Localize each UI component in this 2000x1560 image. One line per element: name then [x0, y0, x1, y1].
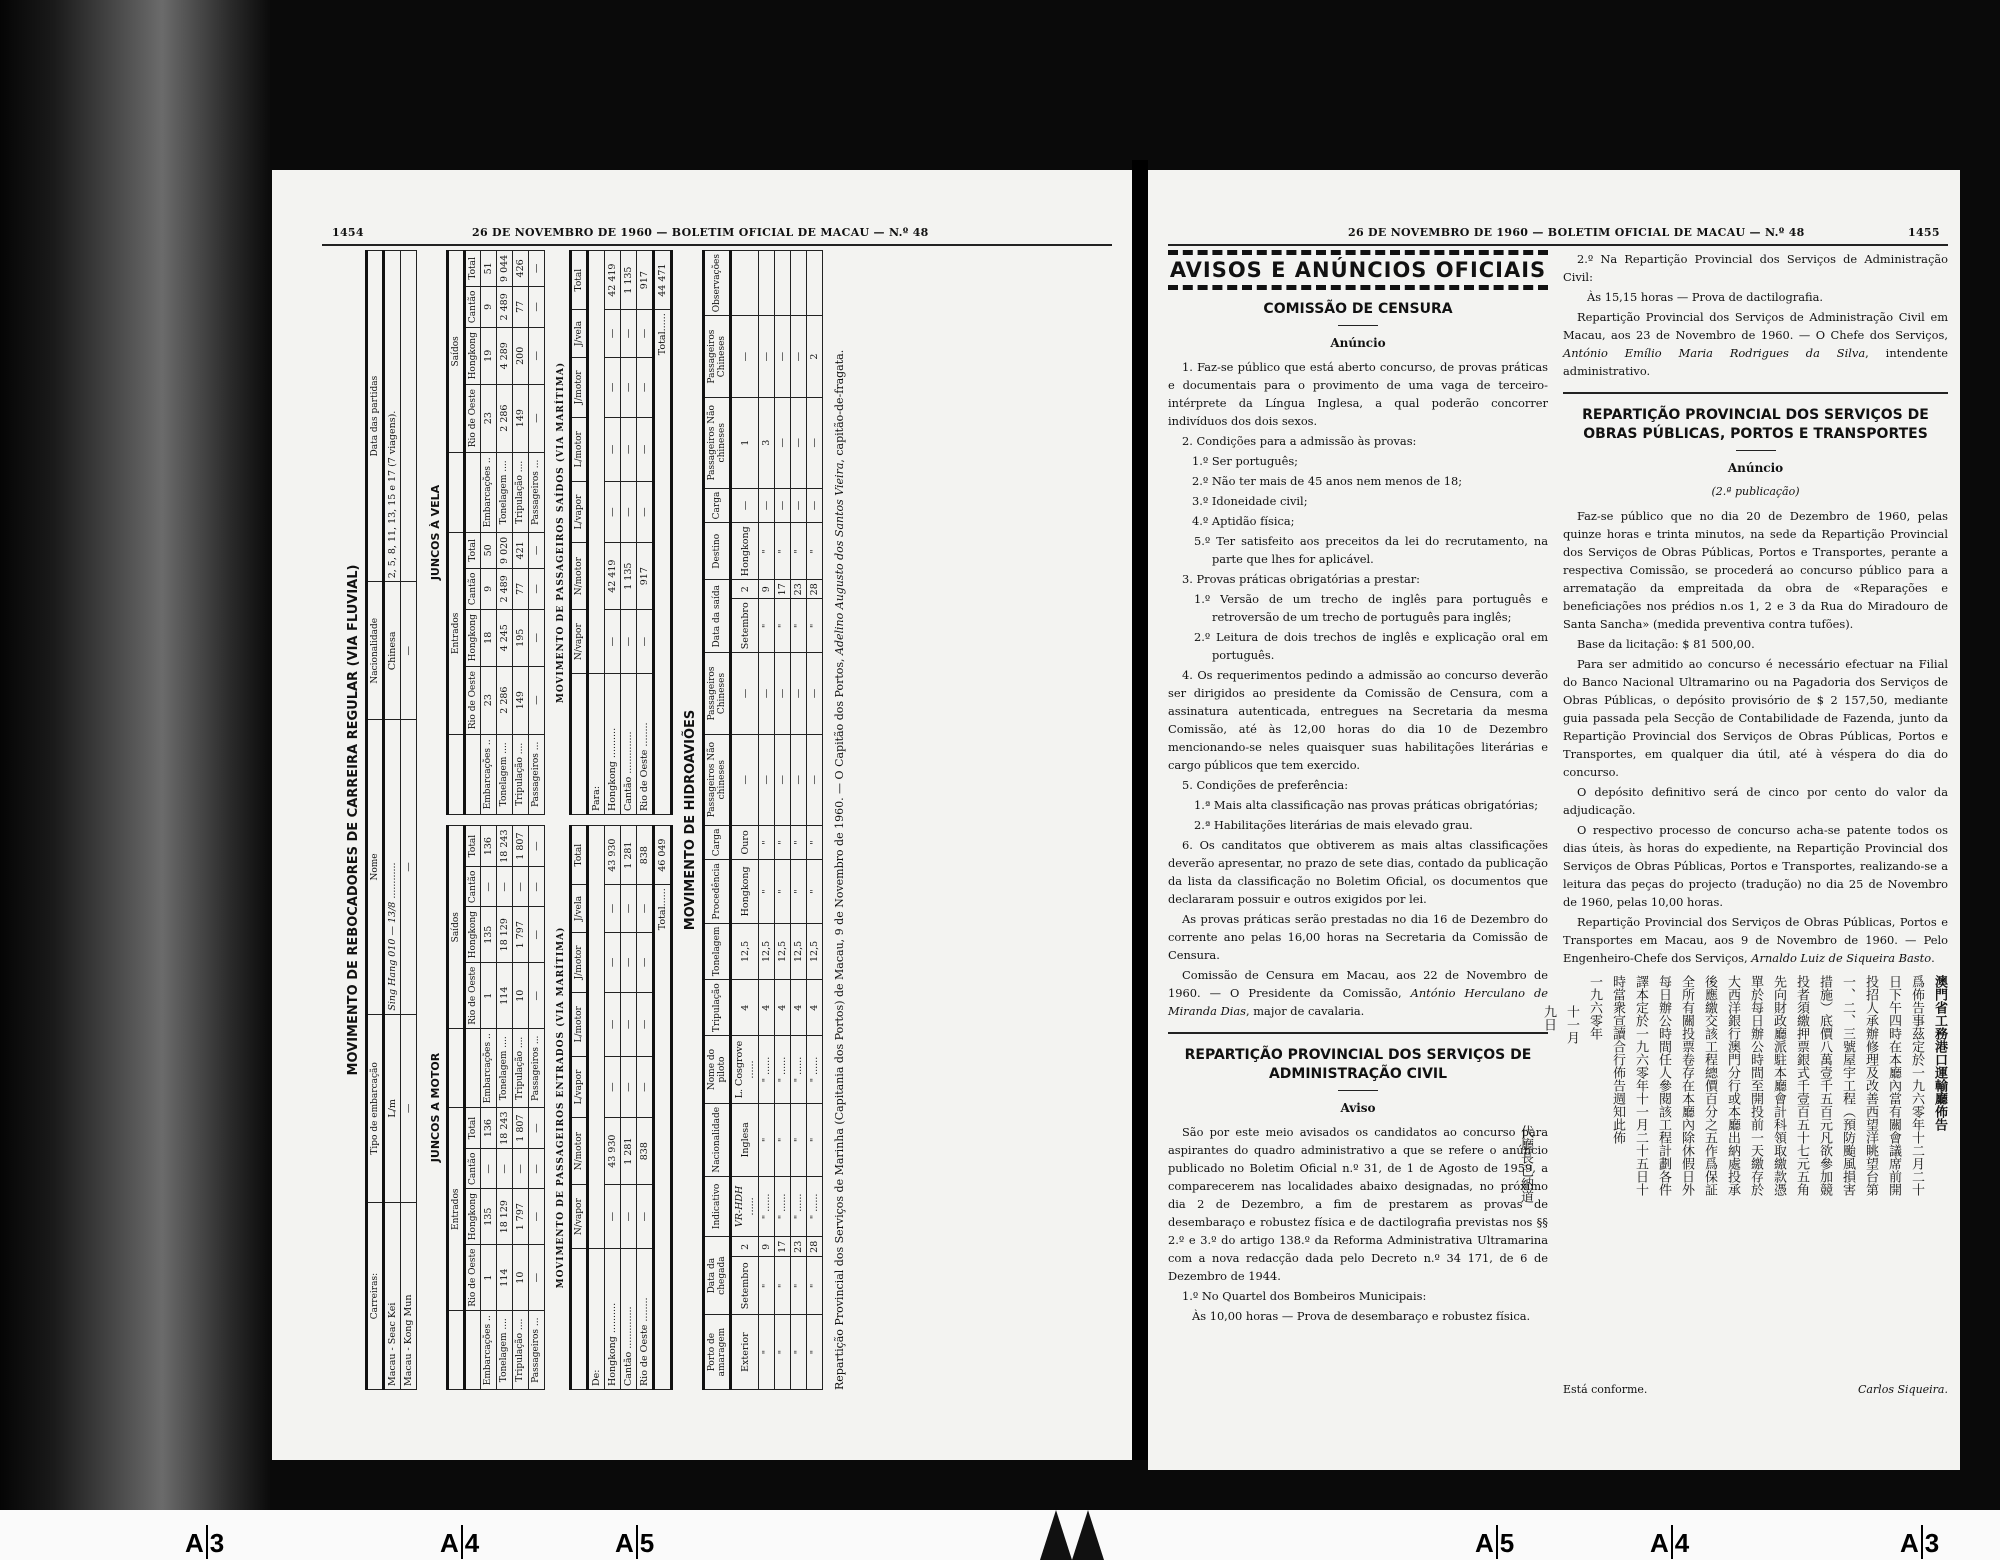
table-row: ""17" ......"" ......412,5""——"17"——— — [775, 251, 791, 1390]
table-row: Tonelagem ....11418 129—18 243Tonelagem … — [497, 826, 513, 1390]
chinese-notice: 澳門省工務港口運輸廳佈告 爲佈告事茲定於一九六零年十二月二十 日下午四時在本廳內… — [1563, 975, 1948, 1375]
table-row: Hongkong ..........—43 930————43 930 — [605, 826, 621, 1390]
conformity-signer: Carlos Siqueira. — [1858, 1381, 1948, 1399]
total-saidos: 44 471 — [654, 251, 672, 310]
publication-note: (2.ª publicação) — [1563, 483, 1948, 501]
col-nacionalidade: Nacionalidade — [367, 582, 384, 720]
censura-subheading: Anúncio — [1168, 334, 1548, 352]
frame-marker: A4 — [1650, 1525, 1689, 1559]
col-datas: Data das partidas — [367, 251, 384, 582]
col-tipo: Tipo de embarcação — [367, 1014, 384, 1203]
column-left: AVISOS E ANÚNCIOS OFICIAIS COMISSÃO DE C… — [1168, 250, 1548, 1327]
header-rule — [1168, 244, 1948, 246]
passageiros-entrados-section: MOVIMENTO DE PASSAGEIROS ENTRADOS (VIA M… — [553, 825, 673, 1390]
passageiros-saidos-table: N/vaporN/motorL/vaporL/motorJ/motorJ/vel… — [569, 250, 673, 815]
table-row: Tripulação ....14919577421Tripulação ...… — [513, 251, 529, 815]
obras-signer: Arnaldo Luiz de Siqueira Basto — [1751, 951, 1931, 965]
page-number-right: 1455 — [1908, 226, 1940, 239]
left-page: 1454 26 DE NOVEMBRO DE 1960 — BOLETIM OF… — [272, 170, 1132, 1460]
hidroavioes-title: MOVIMENTO DE HIDROAVIÕES — [683, 250, 698, 1390]
total-entrados: 46 049 — [654, 826, 672, 885]
table-row: Tonelagem ....2 2864 2452 4899 020Tonela… — [497, 251, 513, 815]
hidroavioes-table: Porto de amaragem Data da chegada Indica… — [702, 250, 823, 1390]
film-strip-bottom — [0, 1510, 2000, 1560]
admin-civil-heading: REPARTIÇÃO PROVINCIAL DOS SERVIÇOS DE AD… — [1168, 1046, 1548, 1084]
header-rule — [322, 244, 1112, 246]
signer-name: Adelino Augusto dos Santos Vieira — [833, 463, 846, 655]
book-gutter — [1132, 160, 1148, 1460]
juncos-vela-table: Entrados Saídos Rio de Oeste Hongkong Ca… — [446, 250, 545, 815]
frame-marker: A5 — [1475, 1525, 1514, 1559]
obras-subheading: Anúncio — [1563, 459, 1948, 477]
running-head-right: 26 DE NOVEMBRO DE 1960 — BOLETIM OFICIAL… — [1348, 226, 1805, 239]
section-banner: AVISOS E ANÚNCIOS OFICIAIS — [1168, 250, 1548, 290]
rebocadores-table: Carreiras: Tipo de embarcação Nome Nacio… — [365, 250, 417, 1390]
col-nome: Nome — [367, 720, 384, 1014]
film-notch — [1040, 1510, 1072, 1560]
base-licitacao: Base da licitação: $ 81 500,00. — [1563, 635, 1948, 653]
obras-heading: REPARTIÇÃO PROVINCIAL DOS SERVIÇOS DE OB… — [1563, 406, 1948, 444]
running-head-left: 26 DE NOVEMBRO DE 1960 — BOLETIM OFICIAL… — [472, 226, 929, 239]
table-row: Macau - Kong Mun — — — — [401, 251, 417, 1390]
table-row: Tripulação ....101 797—1 807Tripulação .… — [513, 826, 529, 1390]
censura-heading: COMISSÃO DE CENSURA — [1168, 300, 1548, 319]
admin-civil-subheading: Aviso — [1168, 1099, 1548, 1117]
juncos-vela-section: JUNCOS À VELA Entrados Saídos Rio de Oes… — [425, 250, 545, 815]
right-page: 26 DE NOVEMBRO DE 1960 — BOLETIM OFICIAL… — [1148, 170, 1960, 1470]
col-carreiras: Carreiras: — [367, 1203, 384, 1390]
table-row: ""23" ......"" ......412,5""——"23"——— — [791, 251, 807, 1390]
rotated-content: MOVIMENTO DE REBOCADORES DE CARREIRA REG… — [342, 250, 1122, 1390]
passageiros-entrados-table: N/vaporN/motorL/vaporL/motorJ/motorJ/vel… — [569, 825, 673, 1390]
column-right: 2.º Na Repartição Provincial dos Serviço… — [1563, 250, 1948, 1399]
frame-marker: A3 — [185, 1525, 224, 1559]
frame-marker: A4 — [440, 1525, 479, 1559]
film-edge-left — [0, 0, 270, 1560]
chinese-signature: 代廳長已納道 — [1517, 975, 1534, 1375]
frame-marker: A3 — [1900, 1525, 1939, 1559]
table-row: Macau - Seac Kei L/m Sing Hang 010 — 13/… — [384, 251, 401, 1390]
table-row: Passageiros ...————Passageiros ...———— — [529, 826, 545, 1390]
table-row: Embarcações ..2318950Embarcações ..23199… — [481, 251, 497, 815]
rebocadores-title: MOVIMENTO DE REBOCADORES DE CARREIRA REG… — [346, 250, 361, 1390]
admin-civil-signer: António Emílio Maria Rodrigues da Silva — [1563, 346, 1865, 360]
table-row: ""9" ......"" ......412,5""——"9"—3— — [759, 251, 775, 1390]
table-row: ExteriorSetembro2VR-HDH ......InglesaL. … — [731, 251, 759, 1390]
table-row: Cantão ..............—1 281————1 281 — [621, 826, 637, 1390]
marinha-footer: Repartição Provincial dos Serviços de Ma… — [833, 250, 846, 1390]
juncos-motor-table: Entrados Saídos Rio de Oeste Hongkong Ca… — [446, 825, 545, 1390]
page-number-left: 1454 — [332, 226, 364, 239]
film-notch — [1072, 1510, 1104, 1560]
frame-marker: A5 — [615, 1525, 654, 1559]
table-row: Embarcações ..1135—136Embarcações ..1135… — [481, 826, 497, 1390]
conformity-label: Está conforme. — [1563, 1381, 1647, 1399]
table-row: Rio de Oeste ........—917————917 — [637, 251, 654, 815]
table-row: Rio de Oeste ........—838————838 — [637, 826, 654, 1390]
table-row: Cantão ..............—1 135————1 135 — [621, 251, 637, 815]
table-row: ""28" ......"" ......412,5""——"28"——2 — [807, 251, 823, 1390]
table-row: Passageiros ...————Passageiros ...———— — [529, 251, 545, 815]
passageiros-saidos-section: MOVIMENTO DE PASSAGEIROS SAÍDOS (VIA MAR… — [553, 250, 673, 815]
table-row: Hongkong ..........—42 419————42 419 — [605, 251, 621, 815]
juncos-motor-section: JUNCOS A MOTOR Entrados Saídos Rio de Oe… — [425, 825, 545, 1390]
